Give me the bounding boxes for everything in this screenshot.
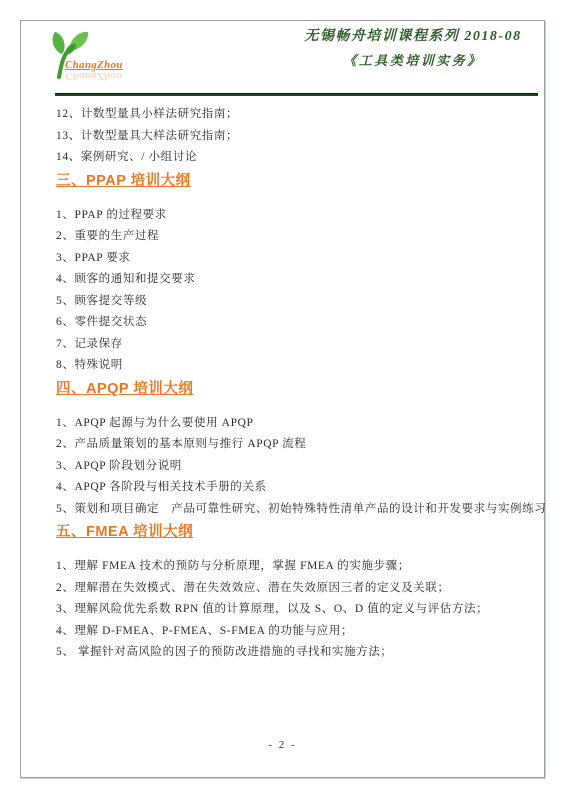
document-page: ChangZhou ChangZhou 无锡畅舟培训课程系列 2018-08 《…	[20, 20, 545, 778]
header-titles: 无锡畅舟培训课程系列 2018-08 《工具类培训实务》	[288, 25, 538, 69]
list-item: 12、计数型量具小样法研究指南；	[56, 108, 536, 121]
content-sections: 12、计数型量具小样法研究指南；13、计数型量具大样法研究指南；14、案例研究、…	[21, 96, 544, 659]
list-item: 5、顾客提交等级	[56, 295, 536, 308]
changzhou-logo: ChangZhou ChangZhou	[49, 27, 159, 87]
list-item: 3、APQP 阶段划分说明	[56, 460, 536, 473]
list-item: 3、理解风险优先系数 RPN 值的计算原理，以及 S、O、D 值的定义与评估方法…	[56, 603, 536, 616]
section-heading: 四、APQP 培训大纲	[56, 381, 536, 397]
list-item: 5、 掌握针对高风险的因子的预防改进措施的寻找和实施方法；	[56, 646, 536, 659]
list-item: 4、顾客的通知和提交要求	[56, 273, 536, 286]
series-title: 无锡畅舟培训课程系列 2018-08	[288, 25, 538, 45]
list-item: 8、特殊说明	[56, 359, 536, 372]
list-item: 1、理解 FMEA 技术的预防与分析原理，掌握 FMEA 的实施步骤；	[56, 560, 536, 573]
list-item: 14、案例研究、/ 小组讨论	[56, 151, 536, 164]
list-item: 6、零件提交状态	[56, 316, 536, 329]
list-item: 13、计数型量具大样法研究指南；	[56, 130, 536, 143]
list-item: 2、重要的生产过程	[56, 230, 536, 243]
list-item: 2、产品质量策划的基本原则与推行 APQP 流程	[56, 438, 536, 451]
list-item: 4、理解 D-FMEA、P-FMEA、S-FMEA 的功能与应用；	[56, 625, 536, 638]
course-title: 《工具类培训实务》	[288, 50, 538, 69]
list-item: 4、APQP 各阶段与相关技术手册的关系	[56, 481, 536, 494]
list-item: 1、APQP 起源与为什么要使用 APQP	[56, 417, 536, 430]
list-item: 7、记录保存	[56, 338, 536, 351]
list-item: 1、PPAP 的过程要求	[56, 209, 536, 222]
section-heading: 三、PPAP 培训大纲	[56, 173, 536, 189]
list-item: 2、理解潜在失效模式、潜在失效效应、潜在失效原因三者的定义及关联；	[56, 582, 536, 595]
list-item: 5、策划和项目确定 产品可靠性研究、初始特殊特性清单产品的设计和开发要求与实例练…	[56, 503, 536, 516]
page-number: - 2 -	[21, 739, 544, 751]
section-heading: 五、FMEA 培训大纲	[56, 524, 536, 540]
logo-text-reflection: ChangZhou	[65, 70, 123, 82]
list-item: 3、PPAP 要求	[56, 252, 536, 265]
page-header: ChangZhou ChangZhou 无锡畅舟培训课程系列 2018-08 《…	[21, 21, 544, 93]
